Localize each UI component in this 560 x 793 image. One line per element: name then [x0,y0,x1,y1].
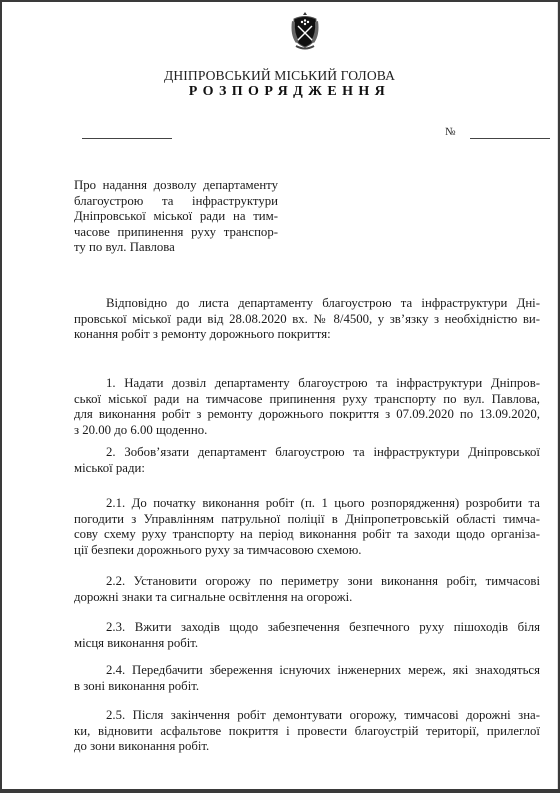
item-2-paragraph: 2. Зобов’язати департамент благоустрою т… [74,445,540,476]
subject-line: Про надання дозволу департаменту [74,178,278,194]
paragraph-line: 2.3. Вжити заходів щодо забезпечення без… [74,620,540,636]
item-2-5-paragraph: 2.5. Після закінчення робіт демонтувати … [74,708,540,755]
paragraph-line: ської міської ради на тимчасове припинен… [74,392,540,408]
paragraph-line: Відповідно до листа департаменту благоус… [74,296,540,312]
paragraph-line: міської ради: [74,461,540,477]
paragraph-line: до зони виконання робіт. [74,739,540,755]
number-label: № [445,126,456,138]
item-2-1-paragraph: 2.1. До початку виконання робіт (п. 1 ць… [74,496,540,558]
item-2-3-paragraph: 2.3. Вжити заходів щодо забезпечення без… [74,620,540,651]
paragraph-line: сову схему руху транспорту на період вик… [74,527,540,543]
date-blank-line [82,138,172,139]
paragraph-line: 2.1. До початку виконання робіт (п. 1 ць… [74,496,540,512]
paragraph-line: для виконання робіт з ремонту дорожнього… [74,407,540,423]
paragraph-line: 2. Зобов’язати департамент благоустрою т… [74,445,540,461]
paragraph-line: 2.4. Передбачити збереження існуючих інж… [74,663,540,679]
paragraph-line: дорожні знаки та сигнальне освітлення на… [74,590,540,606]
subject-line: часове припинення руху транспор- [74,225,278,241]
paragraph-line: погодити з Управлінням патрульної поліці… [74,512,540,528]
document-page: ДНІПРОВСЬКИЙ МІСЬКИЙ ГОЛОВА РОЗПОРЯДЖЕНН… [2,2,558,789]
issuer-title: ДНІПРОВСЬКИЙ МІСЬКИЙ ГОЛОВА [2,68,557,84]
item-1-paragraph: 1. Надати дозвіл департаменту благоустро… [74,376,540,438]
paragraph-line: конання робіт з ремонту дорожнього покри… [74,327,540,343]
item-2-4-paragraph: 2.4. Передбачити збереження існуючих інж… [74,663,540,694]
subject-line: благоустрою та інфраструктури [74,194,278,210]
number-blank-line [470,138,550,139]
paragraph-line: 2.5. Після закінчення робіт демонтувати … [74,708,540,724]
paragraph-line: ки, відновити асфальтове покриття і пров… [74,724,540,740]
document-type-title: РОЗПОРЯДЖЕННЯ [2,84,557,100]
paragraph-line: провської міської ради від 28.08.2020 вх… [74,312,540,328]
subject-line: Дніпровської міської ради на тим- [74,209,278,225]
subject-block: Про надання дозволу департаменту благоус… [74,178,278,256]
paragraph-line: в зоні виконання робіт. [74,679,540,695]
intro-paragraph: Відповідно до листа департаменту благоус… [74,296,540,343]
paragraph-line: місця виконання робіт. [74,636,540,652]
item-2-2-paragraph: 2.2. Установити огорожу по периметру зон… [74,574,540,605]
paragraph-line: ції безпеки дорожнього руху за тимчасово… [74,543,540,559]
paragraph-line: 2.2. Установити огорожу по периметру зон… [74,574,540,590]
subject-line: ту по вул. Павлова [74,240,278,256]
paragraph-line: 1. Надати дозвіл департаменту благоустро… [74,376,540,392]
city-coat-of-arms-icon [290,11,320,51]
paragraph-line: з 20.00 до 6.00 щоденно. [74,423,540,439]
